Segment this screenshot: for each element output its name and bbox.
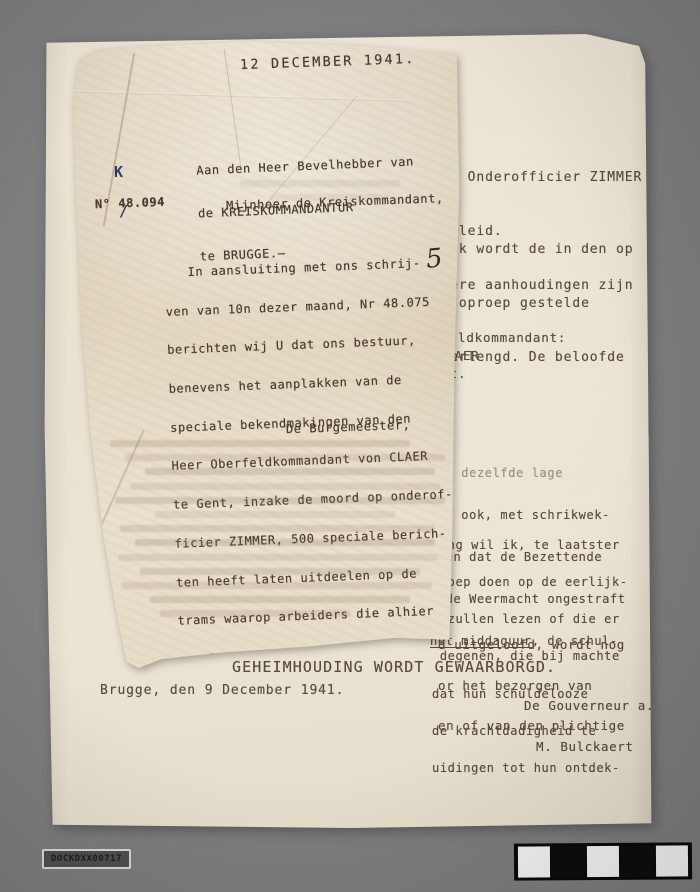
archival-photo-stage: d op Onderofficier ZIMMER t geleid. erde… bbox=[0, 0, 700, 892]
body-line: ven van 10n dezer maand, Nr 48.075 bbox=[165, 294, 453, 318]
body-line: benevens het aanplakken van de bbox=[168, 372, 456, 396]
faded-ghost-text-upper bbox=[230, 180, 430, 208]
back-text-line: king wil ik, te laatster bbox=[432, 539, 628, 551]
date-line: 12 DECEMBER 1941. bbox=[240, 53, 416, 72]
signer-name: M. Bulckaert bbox=[524, 740, 670, 754]
body-line: aan het werk zijn en in de omliggende bbox=[179, 643, 467, 667]
margin-mark-k: K bbox=[114, 166, 186, 179]
catalog-label: DOCKDXX00717 bbox=[42, 849, 131, 869]
scale-segment-black bbox=[552, 846, 585, 877]
reference-number: N° 48.094 bbox=[95, 196, 165, 211]
faded-ghost-text bbox=[100, 440, 445, 624]
body-line: In aansluiting met ons schrij- bbox=[164, 256, 452, 280]
scale-segment-white bbox=[518, 846, 551, 877]
scale-segment-black bbox=[621, 846, 654, 877]
recipient-line: Aan den Heer Bevelhebber van bbox=[196, 155, 414, 178]
body-line: berichten wij U dat ons bestuur, bbox=[167, 333, 455, 357]
calibration-scale-bar bbox=[514, 842, 692, 880]
front-document: 12 DECEMBER 1941. K / Aan den Heer Bevel… bbox=[56, 40, 460, 668]
place-date-line: Brugge, den 9 December 1941. bbox=[100, 683, 344, 698]
back-text-line: eroep doen op de eerlijk- bbox=[432, 576, 628, 588]
edge-stamp-mark bbox=[655, 128, 658, 174]
back-fragment-kommandant: ldkommandant: bbox=[458, 330, 566, 345]
crease-line bbox=[70, 90, 410, 101]
governor-signature-block: De Gouverneur a.i. M. Bulckaert bbox=[524, 672, 670, 780]
paper-edge-crease bbox=[648, 55, 650, 435]
back-text-line: d uitgeloofd, wordt nog bbox=[438, 638, 625, 652]
scale-segment-white bbox=[587, 846, 620, 877]
scale-segment-white bbox=[656, 845, 689, 876]
handwritten-number: 5 bbox=[424, 243, 444, 275]
margin-mark: K / bbox=[114, 140, 186, 244]
signer-title: De Gouverneur a.i. bbox=[524, 699, 670, 713]
front-document-paper: 12 DECEMBER 1941. K / Aan den Heer Bevel… bbox=[56, 40, 460, 668]
